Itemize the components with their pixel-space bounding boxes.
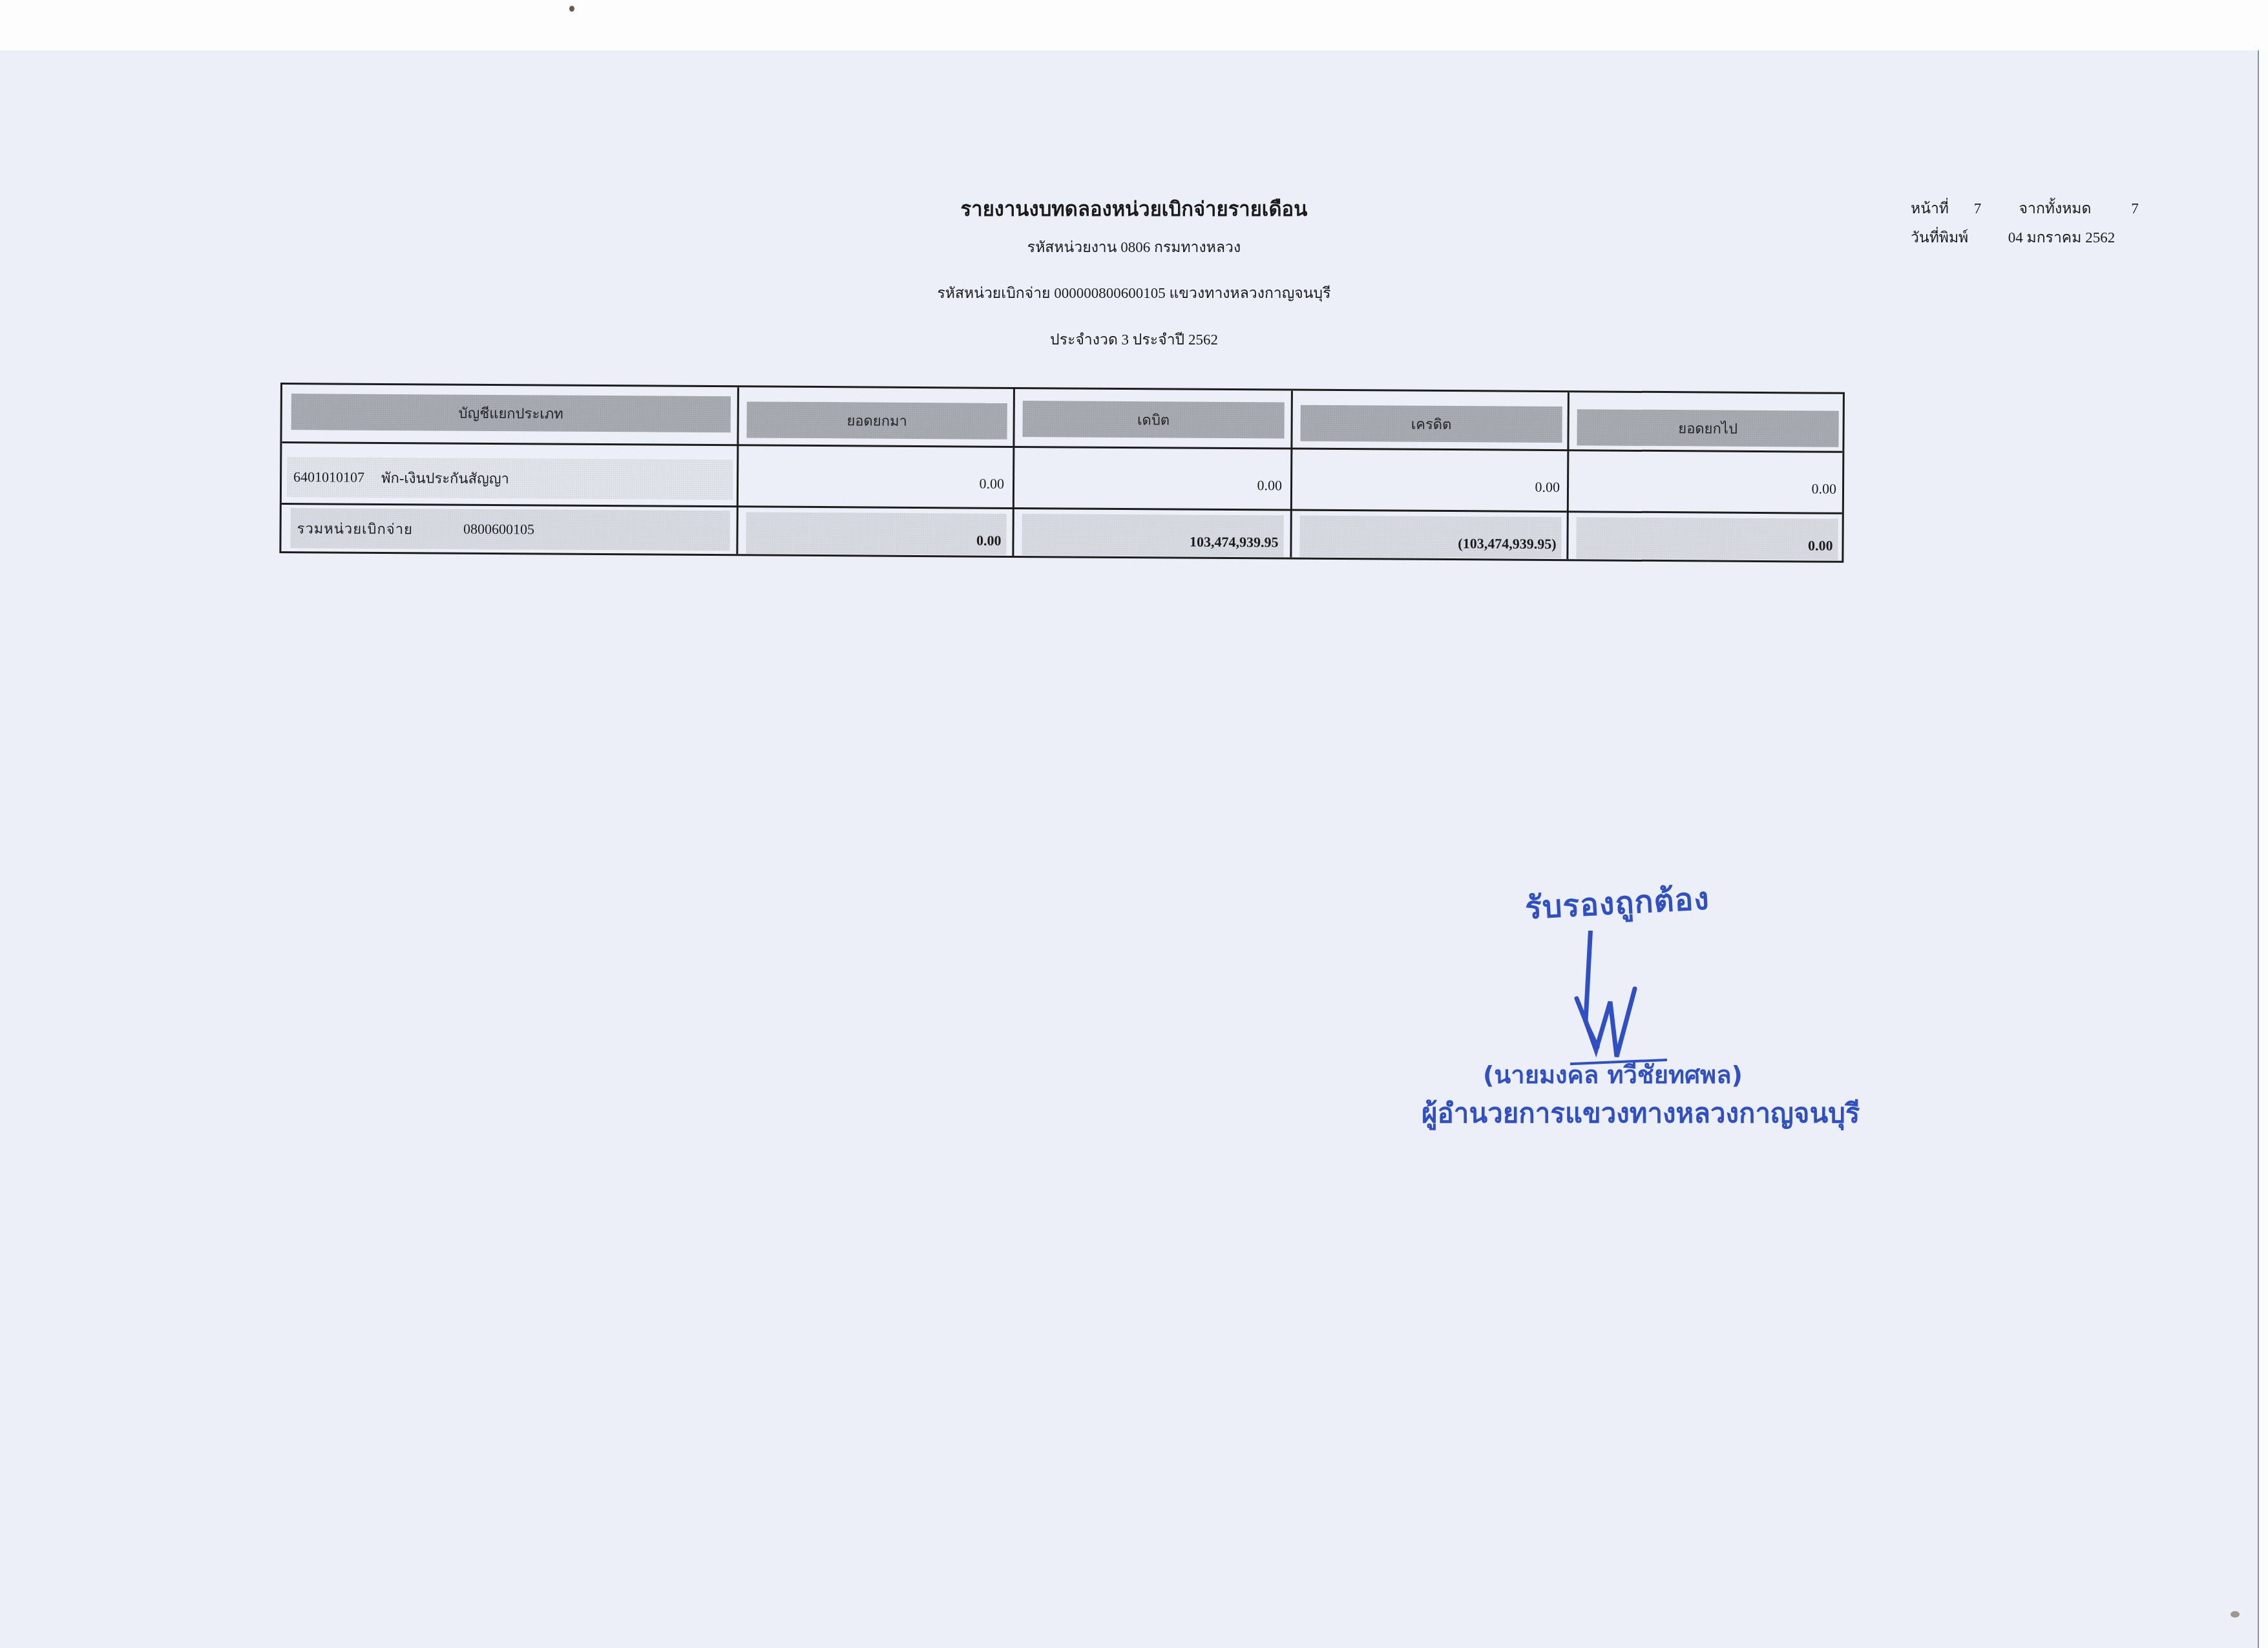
row-carried-forward: 0.00 bbox=[1570, 454, 1842, 509]
print-date: วันที่พิมพ์ 04 มกราคม 2562 bbox=[1911, 226, 2115, 249]
total-debit: 103,474,939.95 bbox=[1022, 514, 1283, 556]
trial-balance-table: บัญชีแยกประเภท ยอดยกมา เดบิต เครดิต ยอดย… bbox=[279, 383, 1845, 563]
signature-mark bbox=[1570, 931, 1667, 1066]
scan-margin bbox=[0, 0, 2268, 50]
print-date-value: 04 มกราคม 2562 bbox=[2008, 226, 2115, 249]
signer-name: (นายมงคล ทวีชัยทศพล) bbox=[1483, 1055, 1743, 1094]
total-credit: (103,474,939.95) bbox=[1299, 516, 1561, 558]
row-credit: 0.00 bbox=[1294, 453, 1565, 508]
page-number: 7 bbox=[1974, 200, 2015, 217]
column-header-brought-forward: ยอดยกมา bbox=[746, 401, 1007, 439]
column-divider bbox=[1566, 392, 1570, 559]
signer-title: ผู้อำนวยการแขวงทางหลวงกาญจนบุรี bbox=[1422, 1092, 1860, 1135]
disbursement-unit-line: รหัสหน่วยเบิกจ่าย 000000800600105 แขวงทา… bbox=[0, 282, 2268, 305]
total-label: จากทั้งหมด bbox=[2019, 197, 2128, 220]
column-header-account: บัญชีแยกประเภท bbox=[291, 394, 731, 432]
total-row-label: รวมหน่วยเบิกจ่าย 0800600105 bbox=[290, 508, 730, 551]
total-carried-forward: 0.00 bbox=[1576, 517, 1838, 560]
page-indicator: หน้าที่ 7 จากทั้งหมด 7 bbox=[1911, 197, 2139, 220]
row-brought-forward: 0.00 bbox=[739, 449, 1009, 504]
column-divider bbox=[1290, 391, 1293, 558]
account-name: พัก-เงินประกันสัญญา bbox=[381, 466, 509, 489]
period-line: ประจำงวด 3 ประจำปี 2562 bbox=[0, 328, 2268, 352]
print-date-label: วันที่พิมพ์ bbox=[1911, 226, 2004, 249]
table-row-account: 6401010107 พัก-เงินประกันสัญญา bbox=[287, 457, 733, 500]
column-header-debit: เดบิต bbox=[1023, 401, 1285, 438]
column-header-credit: เครดิต bbox=[1300, 405, 1562, 443]
column-header-carried-forward: ยอดยกไป bbox=[1577, 409, 1838, 447]
total-unit-code: 0800600105 bbox=[463, 521, 534, 538]
row-debit: 0.00 bbox=[1016, 451, 1287, 506]
account-code: 6401010107 bbox=[293, 469, 364, 486]
column-divider bbox=[1012, 389, 1015, 556]
total-pages: 7 bbox=[2131, 200, 2139, 217]
total-label: รวมหน่วยเบิกจ่าย bbox=[297, 517, 414, 540]
scan-speck bbox=[569, 6, 574, 12]
total-brought-forward: 0.00 bbox=[746, 512, 1006, 555]
page-label: หน้าที่ bbox=[1911, 197, 1970, 220]
scan-speck bbox=[2231, 1611, 2240, 1618]
certification-stamp: รับรองถูกต้อง bbox=[1524, 874, 1710, 933]
